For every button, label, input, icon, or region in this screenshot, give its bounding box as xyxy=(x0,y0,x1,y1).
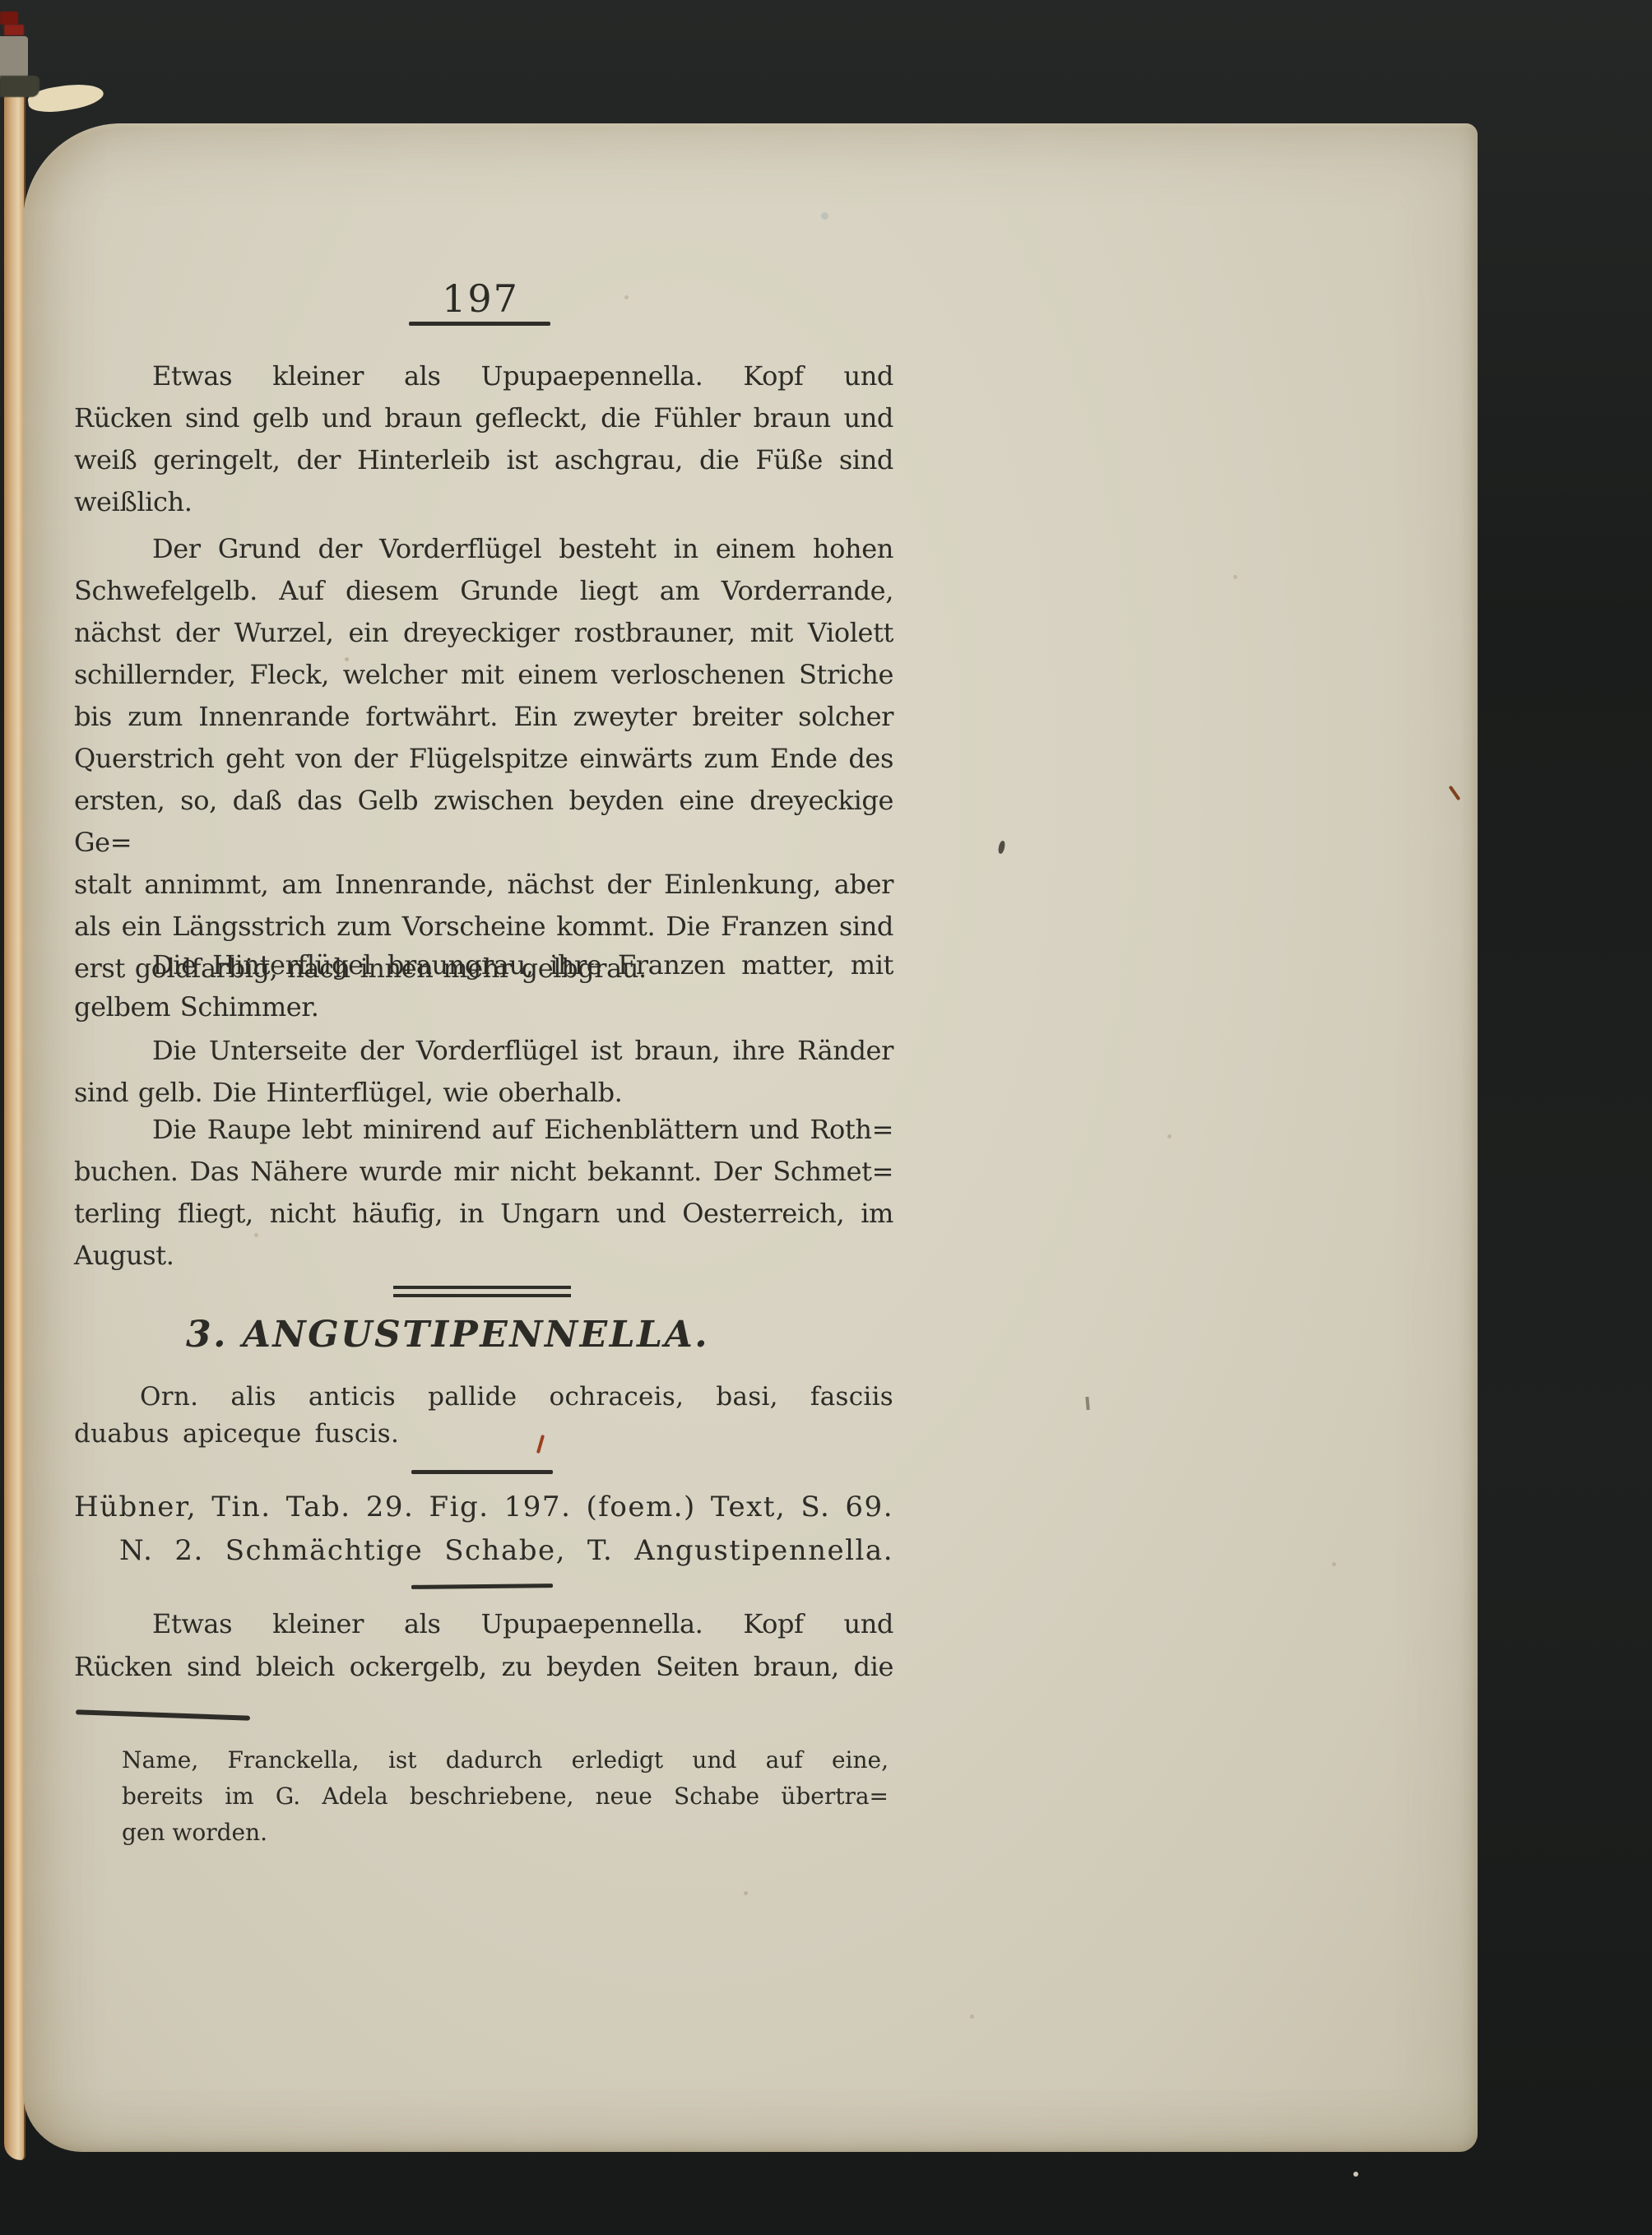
text-line: buchen. Das Nähere wurde mir nicht bekan… xyxy=(74,1151,893,1193)
text-line: nächst der Wurzel, ein dreyeckiger rostb… xyxy=(74,612,893,654)
text-line: Die Unterseite der Vorderflügel ist brau… xyxy=(74,1030,893,1072)
text-line: terling fliegt, nicht häufig, in Ungarn … xyxy=(74,1193,893,1235)
text-line: weiß geringelt, der Hinterleib ist aschg… xyxy=(74,439,893,481)
text-line: sind gelb. Die Hinterflügel, wie oberhal… xyxy=(74,1072,893,1114)
text-line: Querstrich geht von der Flügelspitze ein… xyxy=(74,738,893,780)
text-line: gen worden. xyxy=(122,1815,889,1851)
page-number-rule xyxy=(409,322,550,326)
red-binding-mark xyxy=(4,25,24,35)
body-paragraph-1: Etwas kleiner als Upupaepennella. Kopf u… xyxy=(74,355,893,523)
text-line: Die Raupe lebt minirend auf Eichenblätte… xyxy=(74,1109,893,1151)
binding-shadow-dark xyxy=(0,76,39,97)
body-paragraph-6: Etwas kleiner als Upupaepennella. Kopf u… xyxy=(74,1602,893,1688)
text-line: als ein Längsstrich zum Vorscheine kommt… xyxy=(74,906,893,948)
text-line: Die Hinterflügel braungrau, ihre Franzen… xyxy=(74,944,893,986)
text-line: Etwas kleiner als Upupaepennella. Kopf u… xyxy=(74,1602,893,1645)
text-line: duabus apiceque fuscis. xyxy=(74,1416,893,1453)
binding-shadow-patch xyxy=(0,36,28,79)
text-line: Rücken sind bleich ockergelb, zu beyden … xyxy=(74,1645,893,1688)
scanned-book-page-photo: 197 Etwas kleiner als Upupaepennella. Ko… xyxy=(0,0,1652,2235)
footnote: Name, Franckella, ist dadurch erledigt u… xyxy=(122,1742,889,1851)
text-line: Name, Franckella, ist dadurch erledigt u… xyxy=(122,1742,889,1778)
body-paragraph-4: Die Unterseite der Vorderflügel ist brau… xyxy=(74,1030,893,1114)
reference-citations: Hübner, Tin. Tab. 29. Fig. 197. (foem.) … xyxy=(74,1486,893,1573)
text-line: Schwefelgelb. Auf diesem Grunde liegt am… xyxy=(74,570,893,612)
section-divider-top xyxy=(393,1286,571,1297)
species-heading: 3. ANGUSTIPENNELLA. xyxy=(38,1311,857,1359)
text-line: bis zum Innenrande fortwährt. Ein zweyte… xyxy=(74,696,893,738)
text-line: Orn. alis anticis pallide ochraceis, bas… xyxy=(74,1379,893,1416)
body-paragraph-2: Der Grund der Vorderflügel besteht in ei… xyxy=(74,528,893,990)
text-line: ersten, so, daß das Gelb zwischen beyden… xyxy=(74,780,893,864)
reference-divider xyxy=(411,1470,553,1474)
dust-dot xyxy=(1353,2172,1358,2177)
red-binding-mark xyxy=(0,12,18,25)
text-line: bereits im G. Adela beschriebene, neue S… xyxy=(122,1778,889,1815)
page-number: 197 xyxy=(410,276,551,321)
reference-citation-german: N. 2. Schmächtige Schabe, T. Angustipenn… xyxy=(74,1529,893,1573)
blue-smudge-speck xyxy=(821,212,828,220)
body-paragraph-5: Die Raupe lebt minirend auf Eichenblätte… xyxy=(74,1109,893,1277)
text-line: Etwas kleiner als Upupaepennella. Kopf u… xyxy=(74,355,893,397)
text-line: weißlich. xyxy=(74,481,893,523)
text-line: Rücken sind gelb und braun gefleckt, die… xyxy=(74,397,893,439)
reference-citation-hubner: Hübner, Tin. Tab. 29. Fig. 197. (foem.) … xyxy=(74,1486,893,1529)
text-line: schillernder, Fleck, welcher mit einem v… xyxy=(74,654,893,696)
text-line: Der Grund der Vorderflügel besteht in ei… xyxy=(74,528,893,570)
latin-diagnosis: Orn. alis anticis pallide ochraceis, bas… xyxy=(74,1379,893,1453)
body-paragraph-3: Die Hinterflügel braungrau, ihre Franzen… xyxy=(74,944,893,1028)
text-line: gelbem Schimmer. xyxy=(74,986,893,1028)
text-line: August. xyxy=(74,1235,893,1277)
text-line: stalt annimmt, am Innenrande, nächst der… xyxy=(74,864,893,906)
dust-specks xyxy=(0,0,2,2)
